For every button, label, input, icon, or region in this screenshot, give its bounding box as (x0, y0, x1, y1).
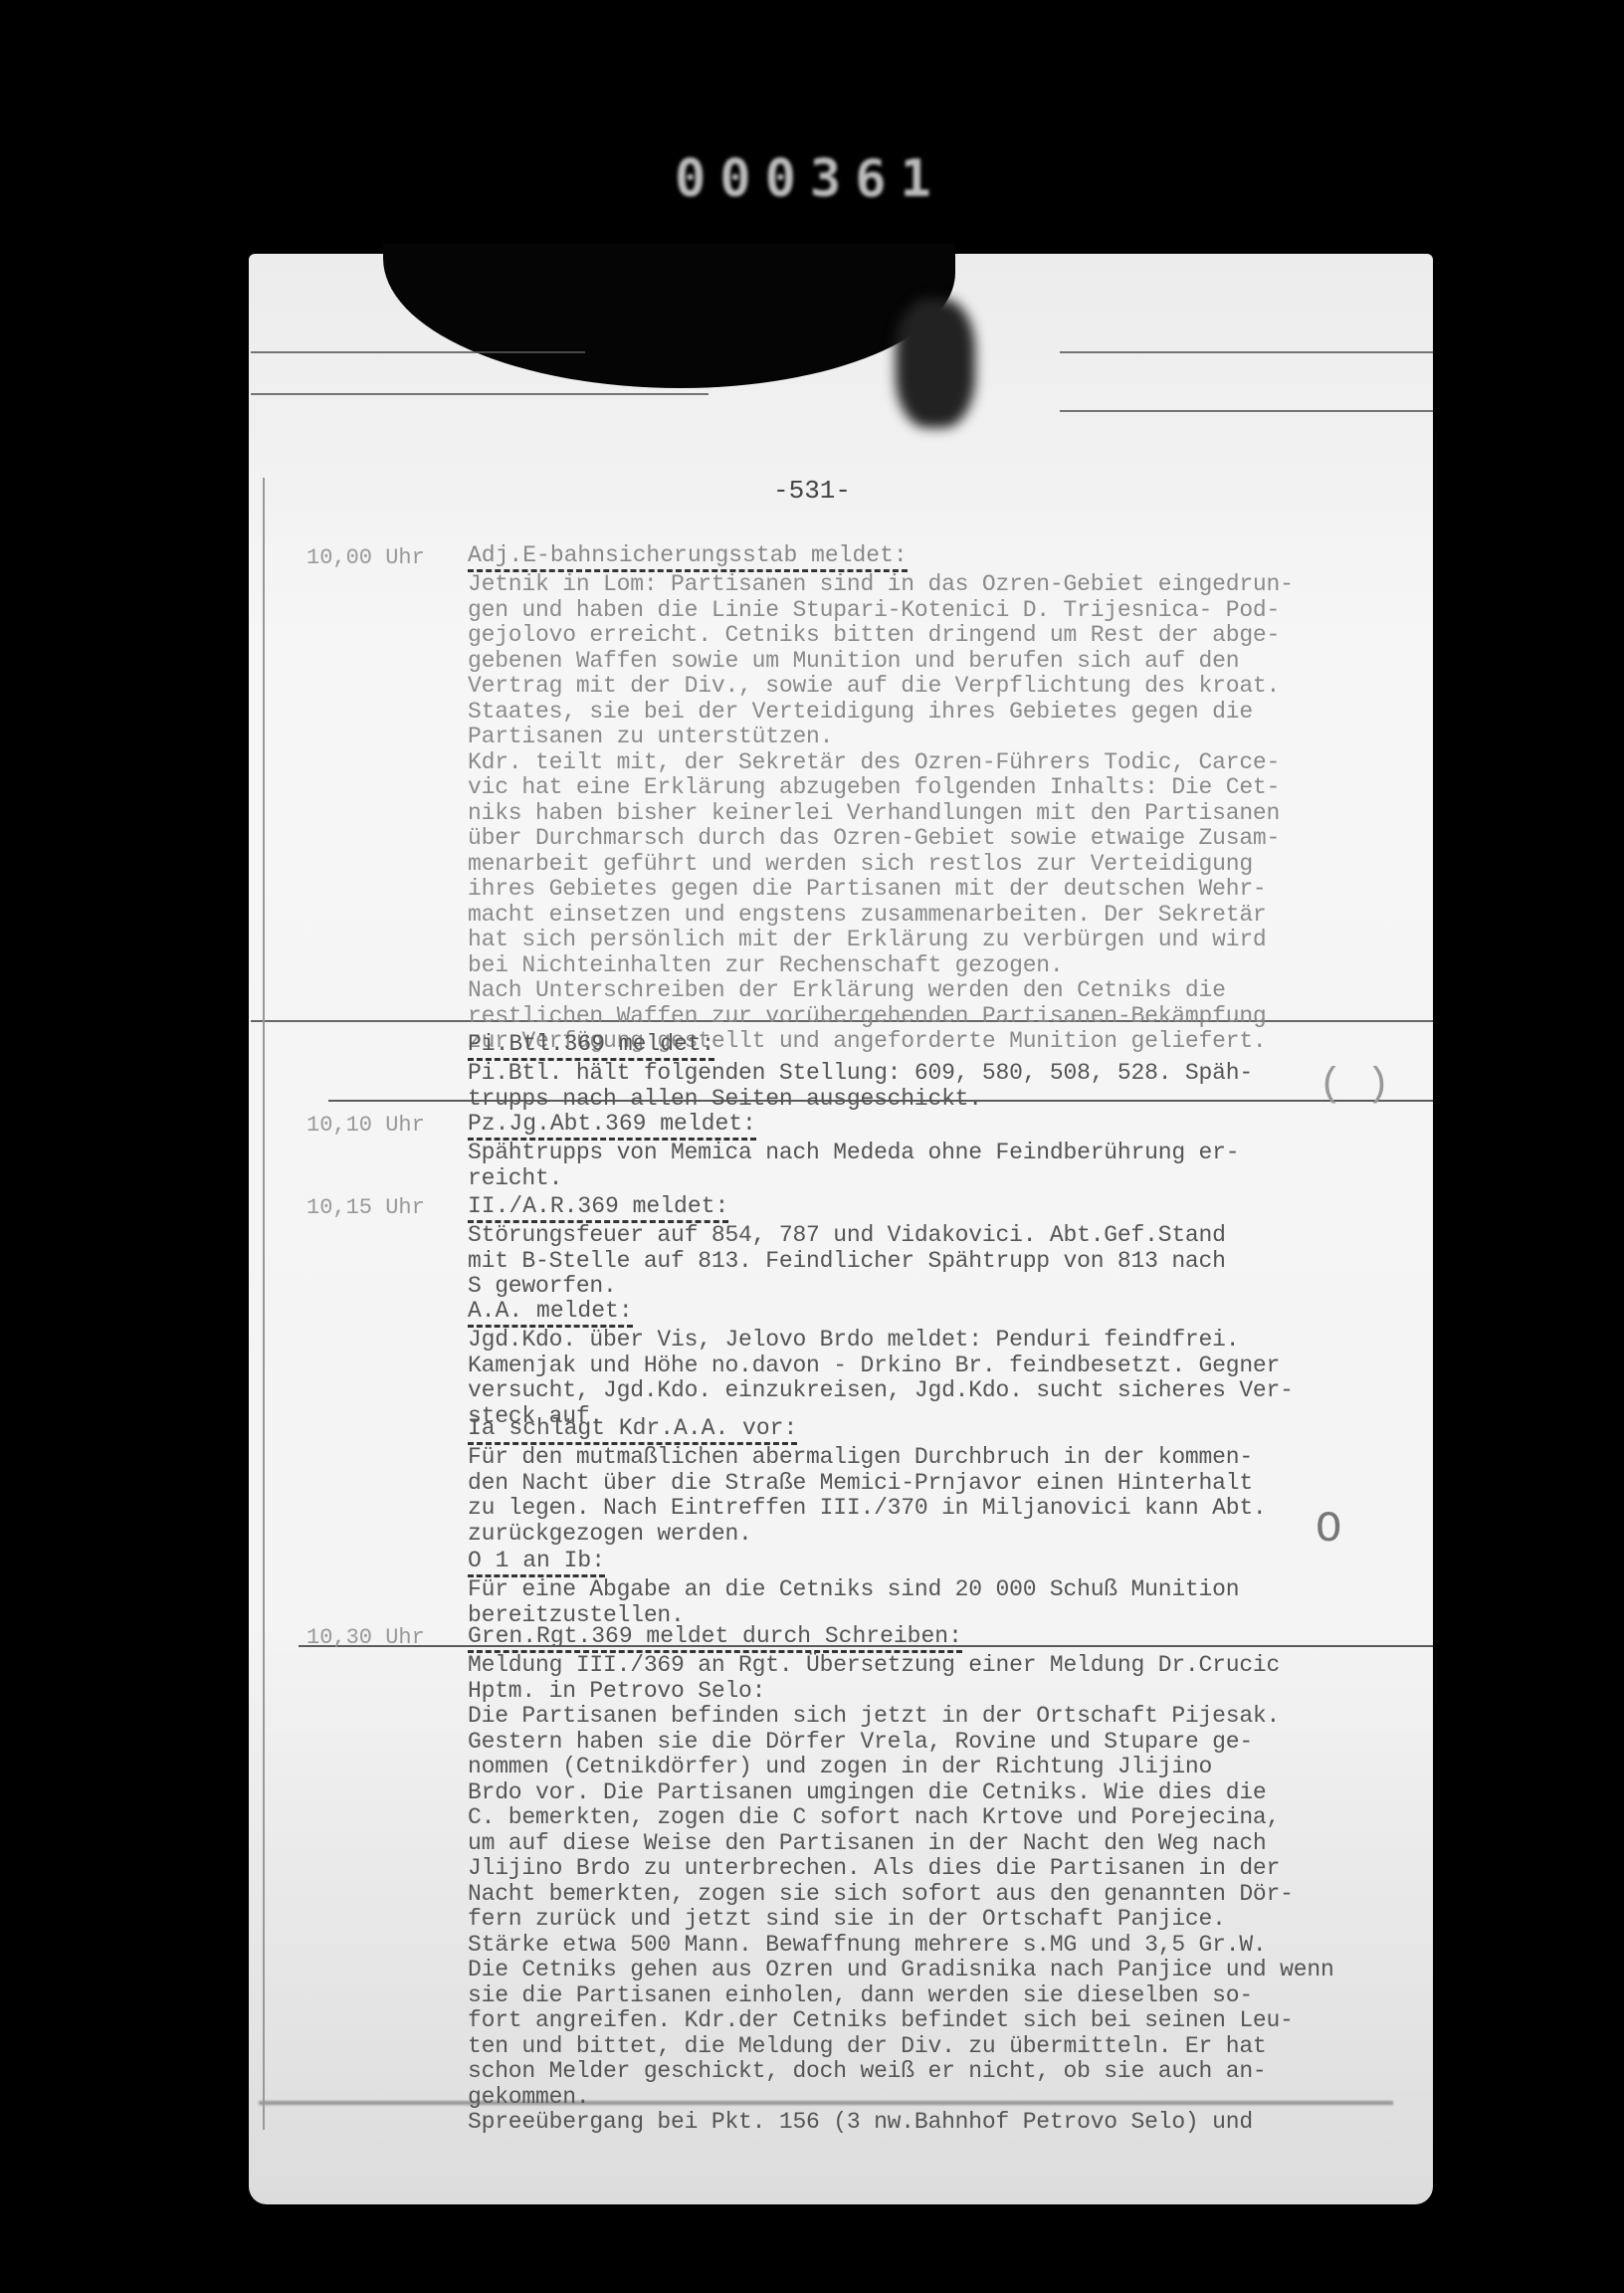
section-heading: Pi.Btl.369 meldet: (468, 1032, 714, 1061)
section-body: Störungsfeuer auf 854, 787 und Vidakovic… (468, 1223, 1363, 1300)
text-line: Kdr. teilt mit, der Sekretär des Ozren-F… (468, 750, 1363, 776)
ink-smudge (896, 299, 975, 428)
text-line: S geworfen. (468, 1274, 1363, 1300)
text-line: Die Cetniks gehen aus Ozren und Gradisni… (468, 1958, 1363, 1983)
entry-time: 10,10 Uhr (306, 1113, 425, 1138)
section-heading: Adj.E-bahnsicherungsstab meldet: (468, 543, 908, 572)
text-line: vic hat eine Erklärung abzugeben folgend… (468, 775, 1363, 801)
text-line: Nacht bemerkten, zogen sie sich sofort a… (468, 1882, 1363, 1908)
text-line: Kamenjak und Höhe no.davon - Drkino Br. … (468, 1354, 1363, 1379)
ruled-line (251, 351, 585, 353)
text-line: versucht, Jgd.Kdo. einzukreisen, Jgd.Kdo… (468, 1378, 1363, 1404)
text-line: gekommen. (468, 2085, 1363, 2111)
text-line: Meldung III./369 an Rgt. Übersetzung ein… (468, 1653, 1363, 1679)
text-line: Die Partisanen befinden sich jetzt in de… (468, 1704, 1363, 1730)
text-line: gejolovo erreicht. Cetniks bitten dringe… (468, 623, 1363, 649)
text-line: ihres Gebietes gegen die Partisanen mit … (468, 877, 1363, 903)
text-line: hat sich persönlich mit der Erklärung zu… (468, 928, 1363, 953)
text-line: menarbeit geführt und werden sich restlo… (468, 852, 1363, 878)
text-line: niks haben bisher keinerlei Verhandlunge… (468, 801, 1363, 827)
text-line: Vertrag mit der Div., sowie auf die Verp… (468, 674, 1363, 700)
text-line: fort angreifen. Kdr.der Cetniks befindet… (468, 2008, 1363, 2034)
entry-time: 10,30 Uhr (306, 1625, 425, 1650)
text-line: bei Nichteinhalten zur Rechenschaft gezo… (468, 953, 1363, 979)
text-line: trupps nach allen Seiten ausgeschickt. (468, 1087, 1363, 1113)
text-line: Partisanen zu unterstützen. (468, 725, 1363, 750)
section-body: Für den mutmaßlichen abermaligen Durchbr… (468, 1445, 1363, 1547)
ruled-line (1060, 351, 1433, 353)
text-line: Jetnik in Lom: Partisanen sind in das Oz… (468, 572, 1363, 598)
text-line: zurückgezogen werden. (468, 1522, 1363, 1548)
margin-line (263, 478, 265, 2130)
text-line: C. bemerkten, zogen die C sofort nach Kr… (468, 1805, 1363, 1831)
text-line: Für den mutmaßlichen abermaligen Durchbr… (468, 1445, 1363, 1471)
section-heading: Gren.Rgt.369 meldet durch Schreiben: (468, 1624, 962, 1653)
ruled-line (1060, 410, 1433, 412)
section-body: Meldung III./369 an Rgt. Übersetzung ein… (468, 1653, 1363, 2136)
text-line: Staates, sie bei der Verteidigung ihres … (468, 700, 1363, 726)
text-line: reicht. (468, 1166, 1363, 1192)
section-body: Jetnik in Lom: Partisanen sind in das Oz… (468, 572, 1363, 1055)
text-line: Nach Unterschreiben der Erklärung werden… (468, 978, 1363, 1004)
page-number: -531- (0, 476, 1624, 506)
section-heading: O 1 an Ib: (468, 1549, 605, 1577)
text-line: Spähtrupps von Memica nach Mededa ohne F… (468, 1141, 1363, 1166)
text-line: Störungsfeuer auf 854, 787 und Vidakovic… (468, 1223, 1363, 1249)
text-line: ten und bittet, die Meldung der Div. zu … (468, 2034, 1363, 2060)
text-line: Hptm. in Petrovo Selo: (468, 1679, 1363, 1705)
entry-time: 10,15 Uhr (306, 1195, 425, 1220)
text-line: macht einsetzen und engstens zusammenarb… (468, 903, 1363, 929)
entry-time: 10,00 Uhr (306, 545, 425, 570)
entry-section: Ia schlägt Kdr.A.A. vor: Für den mutmaßl… (468, 1416, 1363, 1547)
text-line: um auf diese Weise den Partisanen in der… (468, 1831, 1363, 1857)
text-line: Stärke etwa 500 Mann. Bewaffnung mehrere… (468, 1933, 1363, 1959)
text-line: sie die Partisanen einholen, dann werden… (468, 1983, 1363, 2009)
text-line: über Durchmarsch durch das Ozren-Gebiet … (468, 826, 1363, 852)
entry-section: Gren.Rgt.369 meldet durch Schreiben: Mel… (468, 1624, 1363, 2136)
text-line: Gestern haben sie die Dörfer Vrela, Rovi… (468, 1730, 1363, 1756)
text-line: gebenen Waffen sowie um Munition und ber… (468, 649, 1363, 675)
text-line: Spreeübergang bei Pkt. 156 (3 nw.Bahnhof… (468, 2110, 1363, 2136)
text-line: Für eine Abgabe an die Cetniks sind 20 0… (468, 1577, 1363, 1603)
entry-section: O 1 an Ib: Für eine Abgabe an die Cetnik… (468, 1549, 1363, 1628)
hole-punch-mark: ( ) (1319, 1063, 1390, 1108)
text-line: restlichen Waffen zur vorübergehenden Pa… (468, 1004, 1363, 1030)
entry-section: Adj.E-bahnsicherungsstab meldet: Jetnik … (468, 543, 1363, 1055)
text-line: schon Melder geschickt, doch weiß er nic… (468, 2059, 1363, 2085)
entry-section: II./A.R.369 meldet: Störungsfeuer auf 85… (468, 1194, 1363, 1300)
section-heading: II./A.R.369 meldet: (468, 1194, 728, 1223)
section-heading: A.A. meldet: (468, 1299, 633, 1328)
section-heading: Pz.Jg.Abt.369 meldet: (468, 1112, 756, 1141)
text-line: Brdo vor. Die Partisanen umgingen die Ce… (468, 1780, 1363, 1806)
text-line: nommen (Cetnikdörfer) und zogen in der R… (468, 1755, 1363, 1780)
text-line: Jlijino Brdo zu unterbrechen. Als dies d… (468, 1856, 1363, 1882)
text-line: Pi.Btl. hält folgenden Stellung: 609, 58… (468, 1061, 1363, 1087)
section-body: Spähtrupps von Memica nach Mededa ohne F… (468, 1141, 1363, 1191)
entry-section: Pi.Btl.369 meldet: Pi.Btl. hält folgende… (468, 1032, 1363, 1112)
film-frame-number: 000361 (675, 149, 953, 209)
ruled-line (251, 393, 709, 395)
text-line: den Nacht über die Straße Memici-Prnjavo… (468, 1471, 1363, 1497)
text-line: gen und haben die Linie Stupari-Kotenici… (468, 598, 1363, 624)
hole-punch-mark: O (1316, 1505, 1341, 1555)
text-line: zu legen. Nach Eintreffen III./370 in Mi… (468, 1496, 1363, 1522)
section-heading: Ia schlägt Kdr.A.A. vor: (468, 1416, 797, 1445)
section-body: Für eine Abgabe an die Cetniks sind 20 0… (468, 1577, 1363, 1628)
text-line: fern zurück und jetzt sind sie in der Or… (468, 1907, 1363, 1933)
entry-section: A.A. meldet: Jgd.Kdo. über Vis, Jelovo B… (468, 1299, 1363, 1429)
section-body: Pi.Btl. hält folgenden Stellung: 609, 58… (468, 1061, 1363, 1112)
text-line: Jgd.Kdo. über Vis, Jelovo Brdo meldet: P… (468, 1328, 1363, 1354)
section-body: Jgd.Kdo. über Vis, Jelovo Brdo meldet: P… (468, 1328, 1363, 1429)
text-line: mit B-Stelle auf 813. Feindlicher Spähtr… (468, 1249, 1363, 1275)
entry-section: Pz.Jg.Abt.369 meldet: Spähtrupps von Mem… (468, 1112, 1363, 1191)
